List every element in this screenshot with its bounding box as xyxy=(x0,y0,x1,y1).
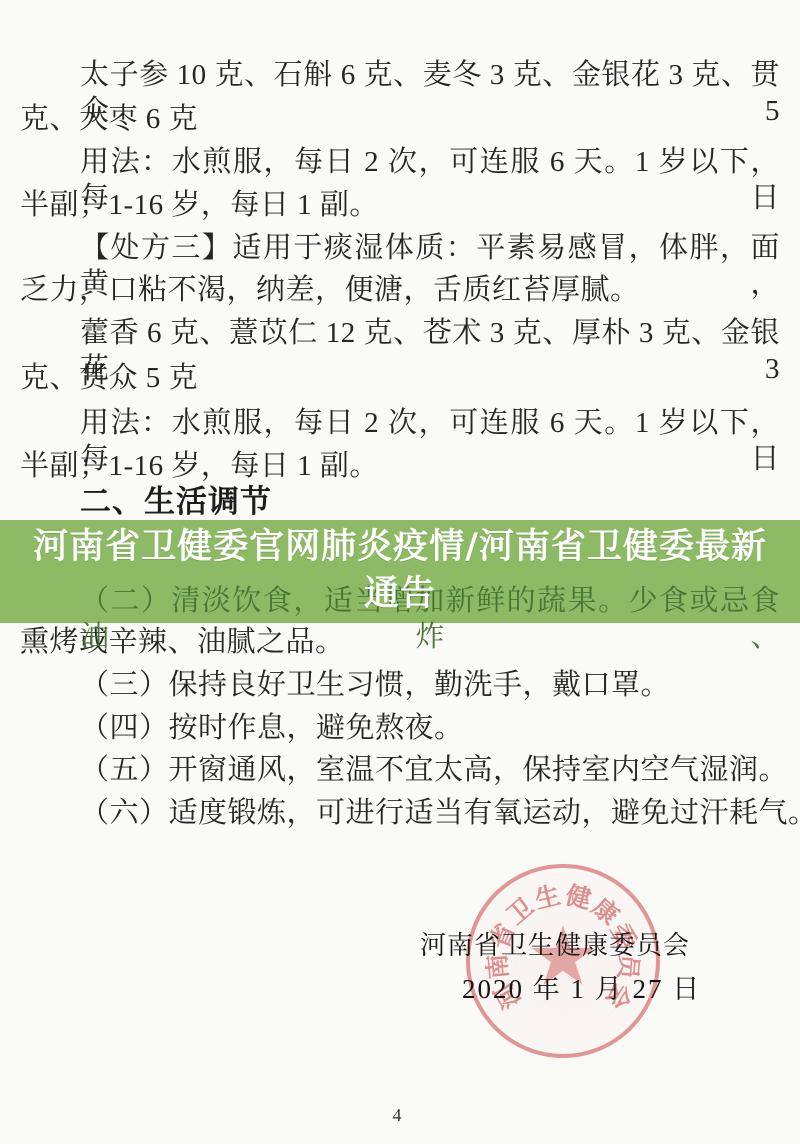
document-line: （五）开窗通风，室温不宜太高，保持室内空气湿润。 xyxy=(80,752,788,788)
banner-title-line1: 河南省卫健委官网肺炎疫情/河南省卫健委最新 xyxy=(0,524,800,571)
document-line: 半副；1-16 岁，每日 1 副。 xyxy=(20,187,379,223)
document-page: 太子参 10 克、石斛 6 克、麦冬 3 克、金银花 3 克、贯众 5克、大枣 … xyxy=(0,0,800,1144)
document-line: 克、贯众 5 克 xyxy=(20,360,198,396)
page-number: 4 xyxy=(0,1105,794,1126)
overlay-banner-title: 河南省卫健委官网肺炎疫情/河南省卫健委最新 通告 xyxy=(0,524,800,618)
document-line: 半副；1-16 岁，每日 1 副。 xyxy=(20,448,379,484)
banner-title-line2: 通告 xyxy=(0,571,800,618)
document-line: 乏力，口粘不渴，纳差，便溏，舌质红苔厚腻。 xyxy=(20,272,640,308)
document-line: （三）保持良好卫生习惯，勤洗手，戴口罩。 xyxy=(80,667,670,703)
document-line: （六）适度锻炼，可进行适当有氧运动，避免过汗耗气。 xyxy=(80,795,800,831)
issue-date: 2020 年 1 月 27 日 xyxy=(462,967,701,1006)
section-heading: 二、生活调节 xyxy=(80,484,272,520)
issuing-organization: 河南省卫生健康委员会 xyxy=(420,925,690,962)
document-line: 克、大枣 6 克 xyxy=(20,101,198,137)
document-line: （四）按时作息，避免熬夜。 xyxy=(80,710,464,746)
